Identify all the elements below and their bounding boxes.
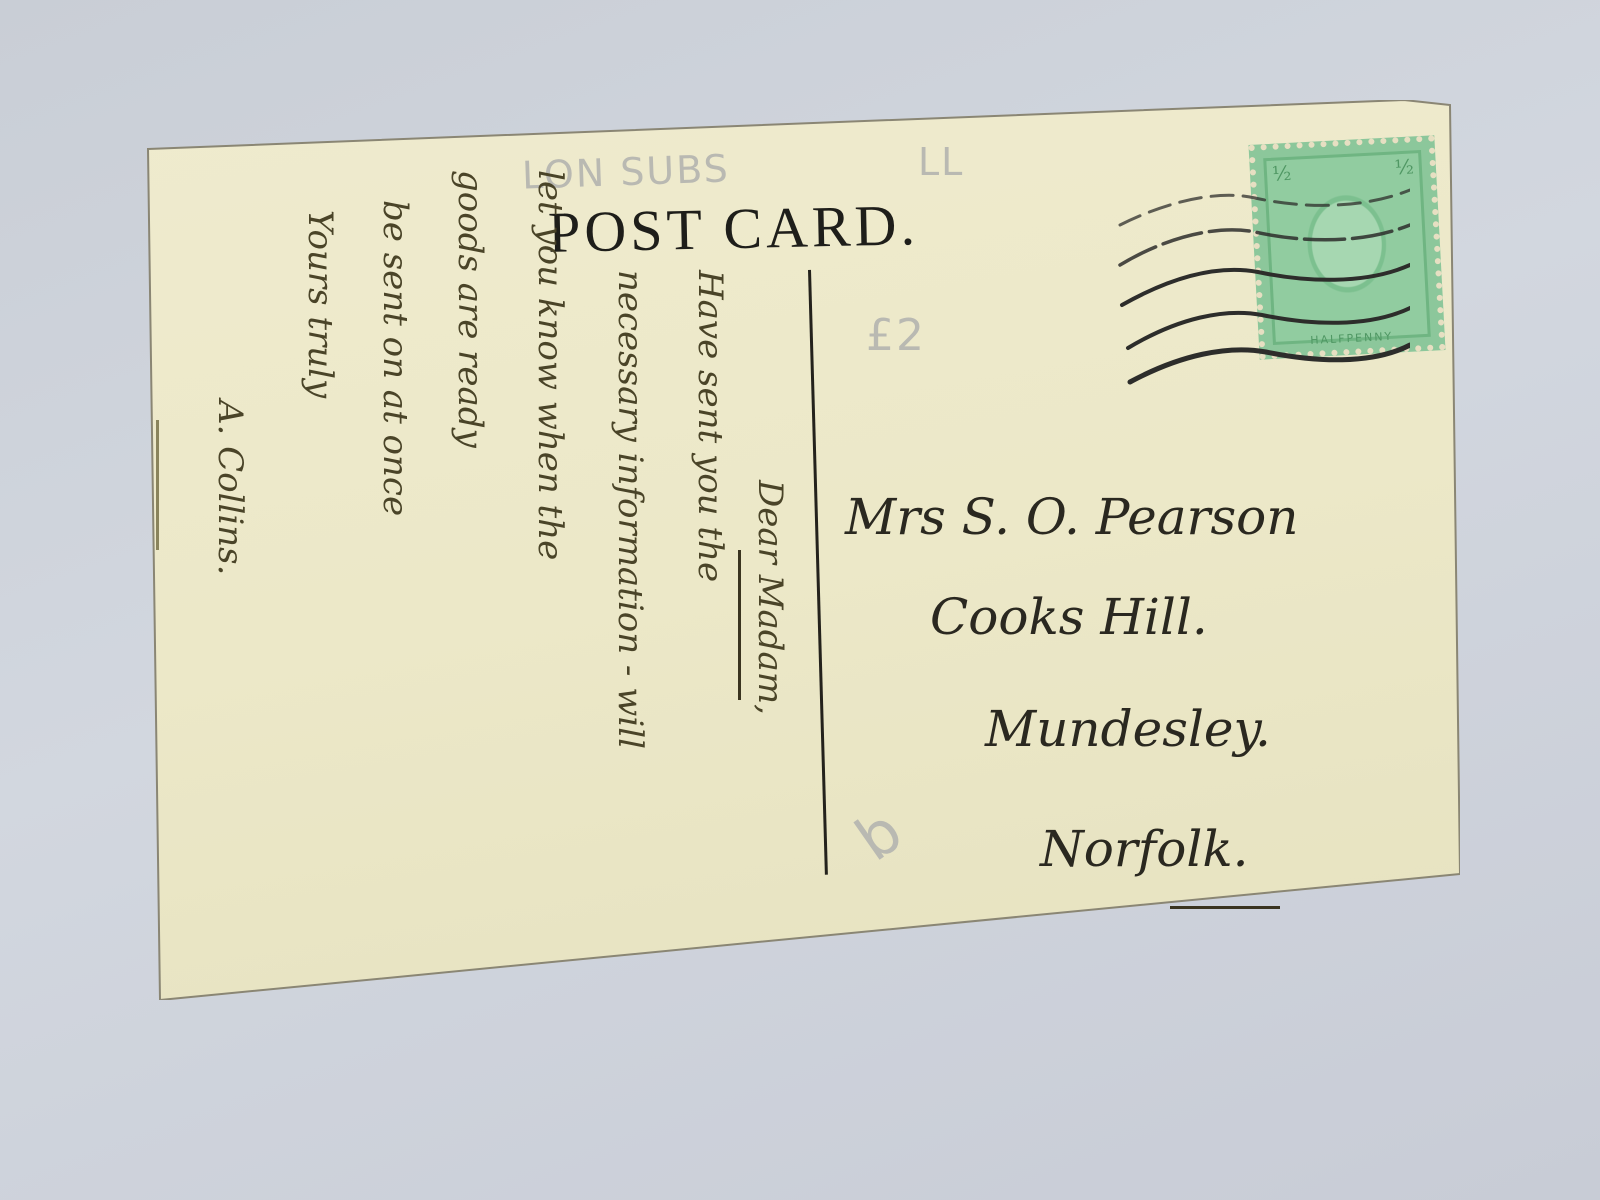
message-underline <box>738 550 741 700</box>
pencil-note-price: £2 <box>866 310 926 361</box>
message-line: goods are ready <box>450 170 490 448</box>
address-street: Cooks Hill. <box>930 588 1208 646</box>
message-line: necessary information - will <box>610 270 650 749</box>
message-line: Have sent you the <box>690 270 730 582</box>
message-signature: A. Collins. <box>210 400 250 575</box>
pencil-note-ll: LL <box>918 140 964 184</box>
address-county: Norfolk. <box>1040 820 1249 878</box>
address-underline <box>1170 906 1280 909</box>
address-town: Mundesley. <box>985 700 1271 758</box>
address-recipient: Mrs S. O. Pearson <box>845 488 1298 546</box>
handwritten-message: Dear Madam, Have sent you the necessary … <box>150 160 810 980</box>
message-line: Dear Madam, <box>750 480 790 715</box>
signature-underline <box>156 420 159 550</box>
message-line: let you know when the <box>530 170 570 560</box>
message-line: be sent on at once <box>375 200 415 516</box>
message-line: Yours truly <box>300 210 340 398</box>
postmark-cancel-icon <box>1080 170 1410 390</box>
